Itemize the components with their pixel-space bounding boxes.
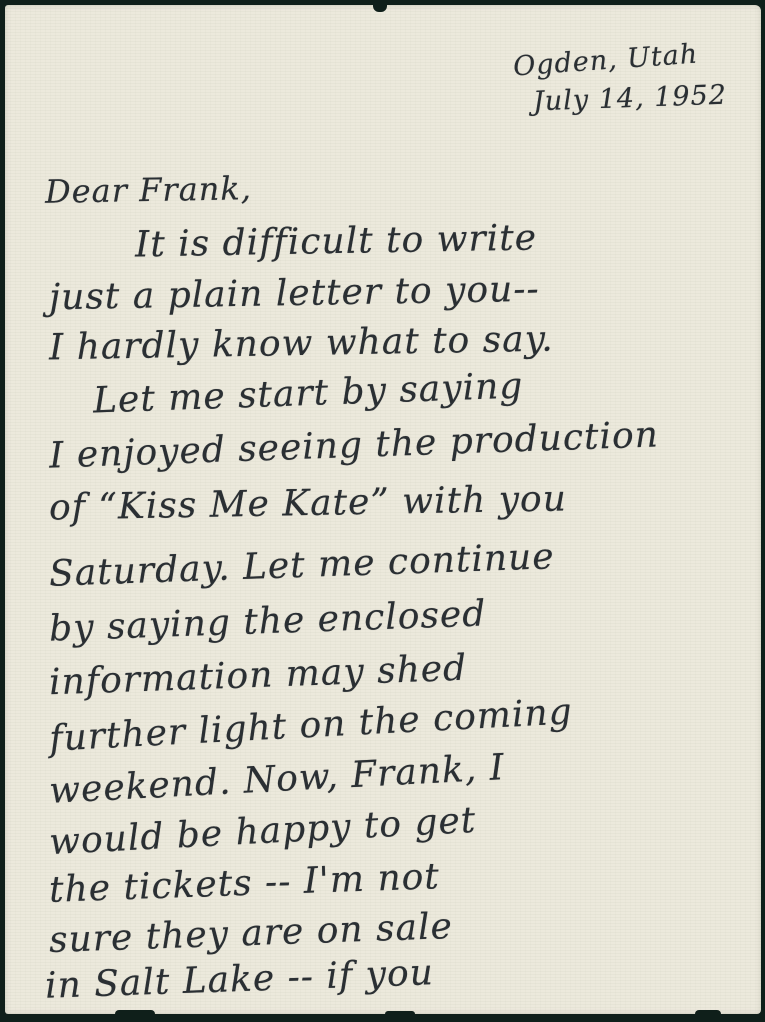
paper-edge-notch — [695, 1010, 721, 1014]
letter-line: would be happy to get — [48, 800, 477, 863]
letter-place: Ogden, Utah — [512, 39, 699, 83]
scanned-letter: Ogden, Utah July 14, 1952 Dear Frank, It… — [0, 0, 765, 1022]
letter-line: of “Kiss Me Kate” with you — [49, 478, 567, 528]
letter-line: in Salt Lake -- if you — [44, 952, 434, 1007]
letter-paper: Ogden, Utah July 14, 1952 Dear Frank, It… — [5, 5, 761, 1014]
letter-line: I hardly know what to say. — [49, 319, 554, 369]
letter-salutation: Dear Frank, — [45, 169, 253, 211]
paper-edge-notch — [373, 5, 387, 12]
letter-line: just a plain letter to you-- — [49, 269, 540, 319]
paper-edge-notch — [115, 1010, 155, 1014]
letter-line: by saying the enclosed — [48, 593, 487, 649]
letter-date: July 14, 1952 — [533, 80, 728, 118]
letter-line: I enjoyed seeing the production — [48, 414, 659, 476]
letter-line: Saturday. Let me continue — [48, 536, 555, 595]
letter-line: It is difficult to write — [135, 217, 538, 265]
paper-edge-notch — [385, 1011, 415, 1014]
letter-line: Let me start by saying — [92, 366, 524, 422]
letter-line: the tickets -- I'm not — [48, 856, 440, 911]
letter-line: information may shed — [48, 648, 467, 704]
